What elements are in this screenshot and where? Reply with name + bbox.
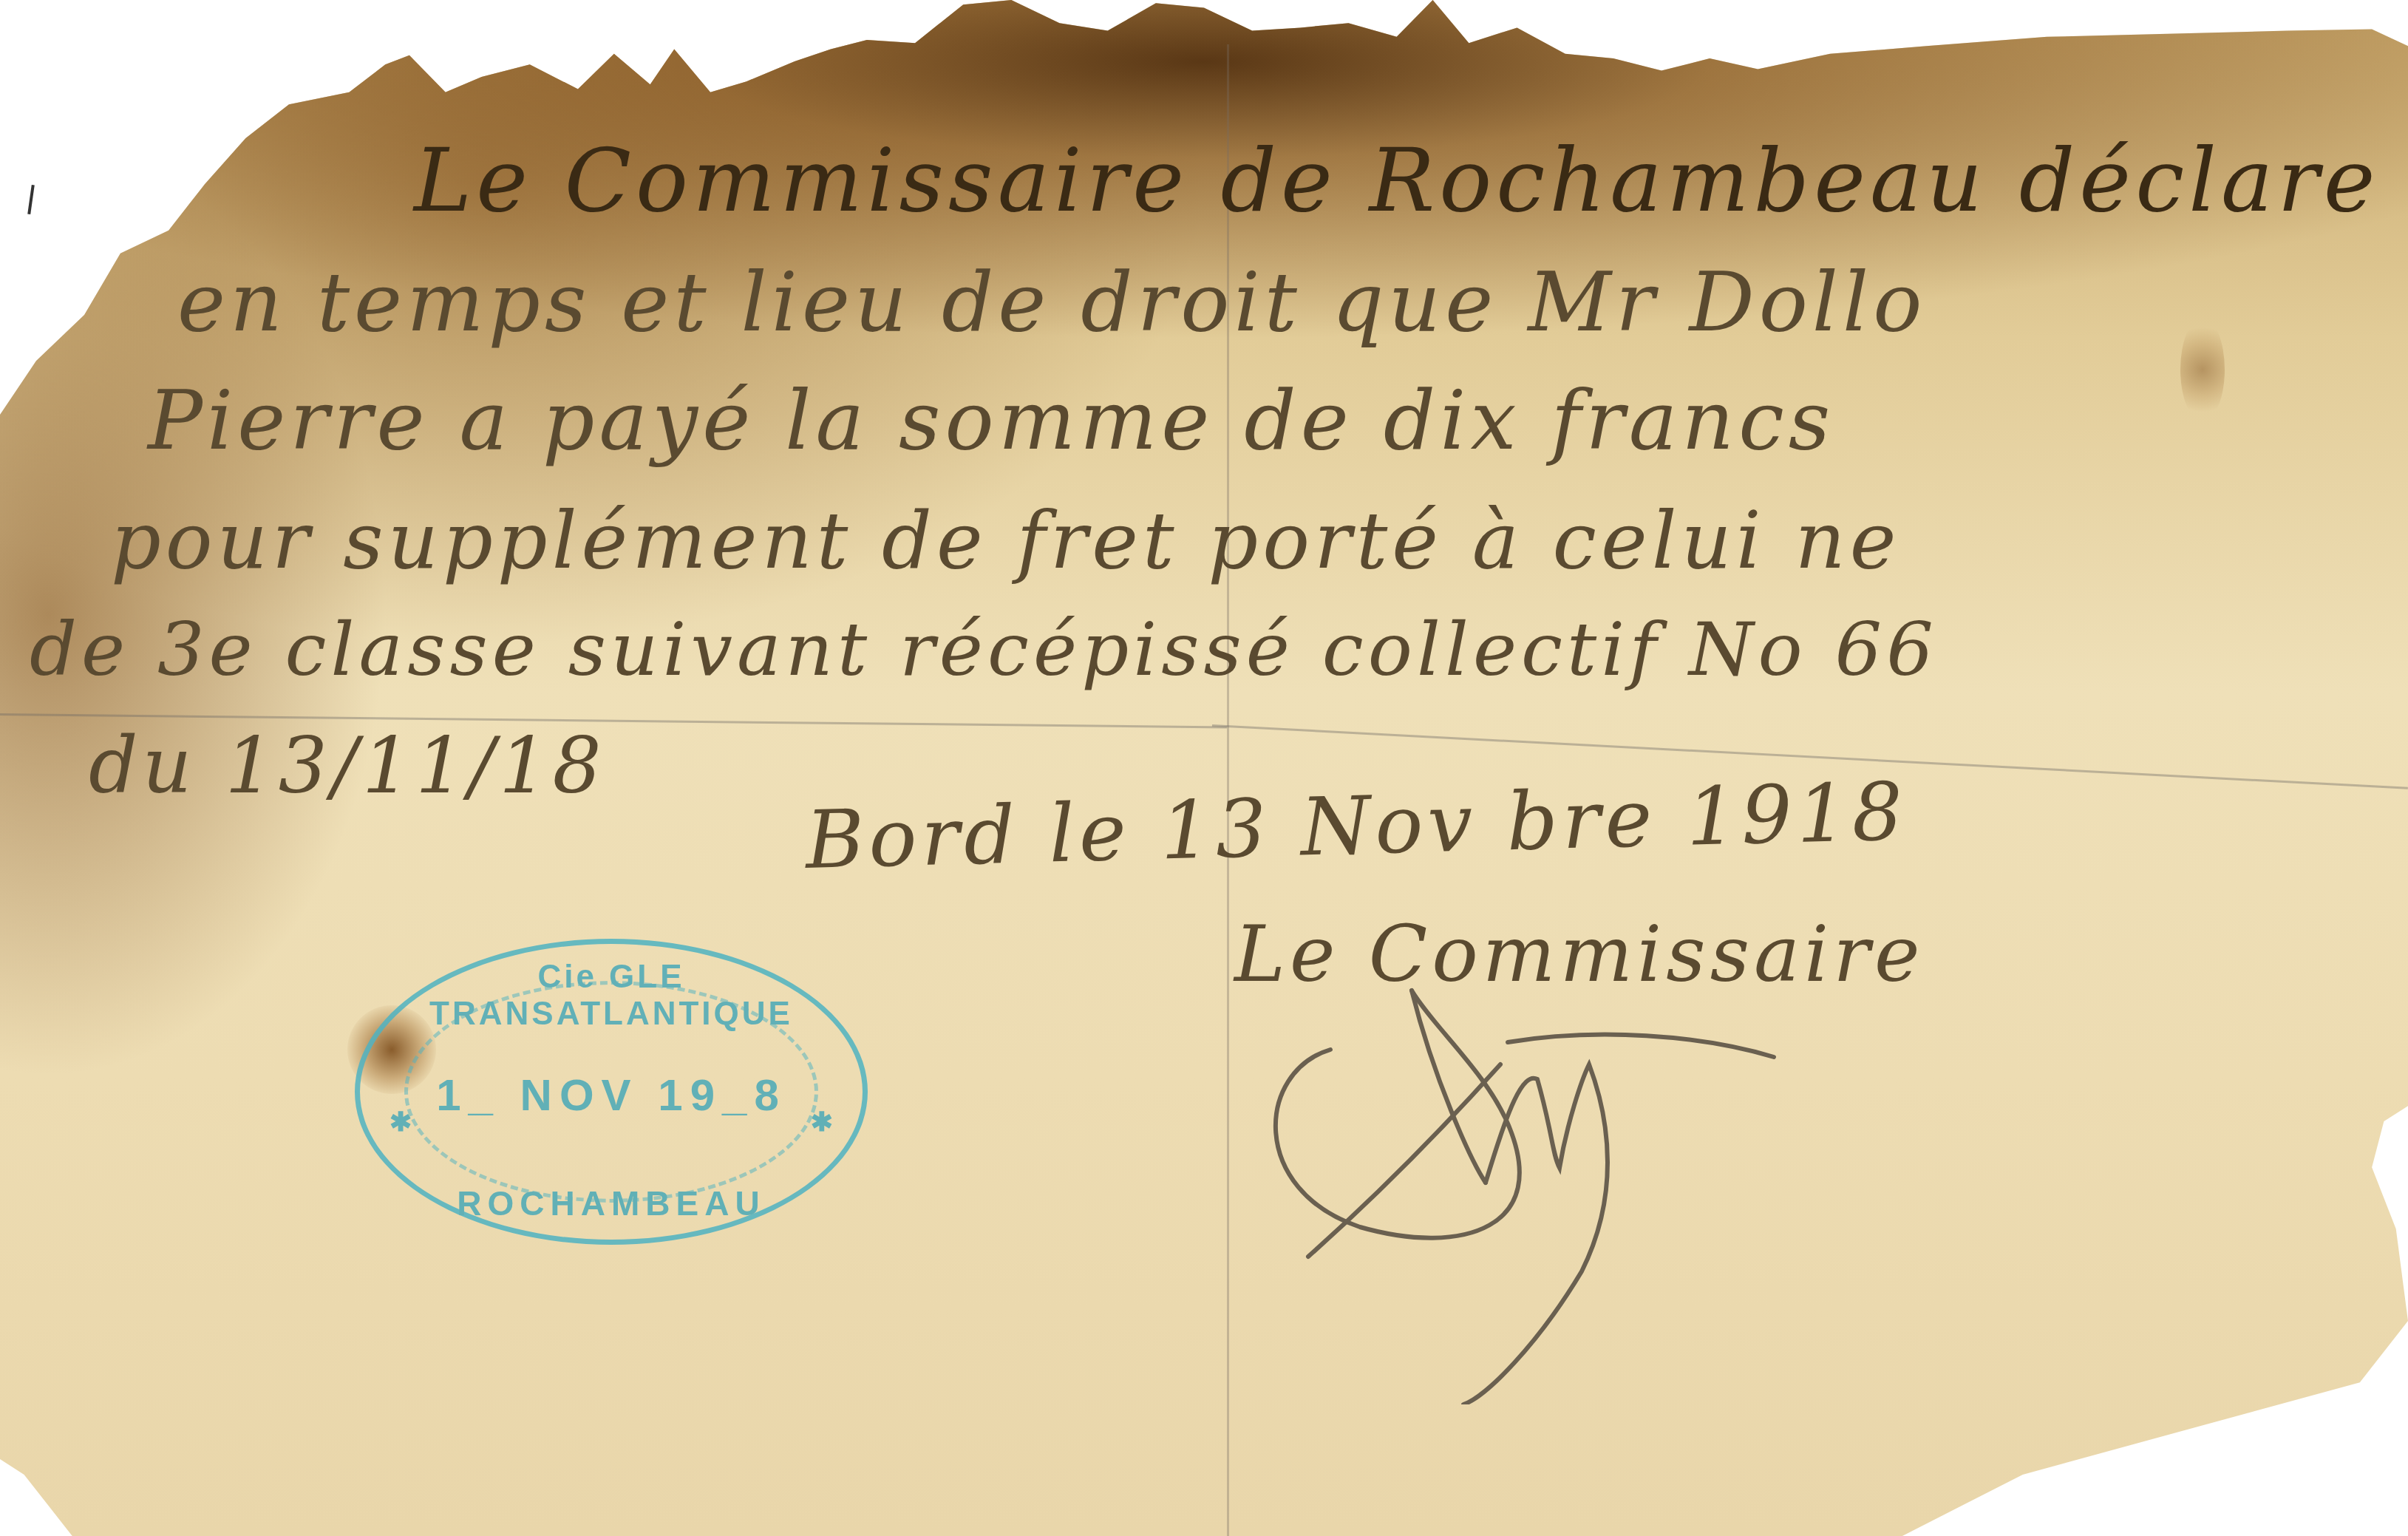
stray-mark: [27, 185, 35, 214]
text-line-3: Pierre a payé la somme de dix francs: [148, 373, 1834, 468]
company-stamp: Cie GLE TRANSATLANTIQUE 1_ NOV 19_8 ✱ ✱ …: [355, 939, 868, 1245]
scanned-document: Le Commissaire de Rochambeau déclare en …: [0, 0, 2408, 1536]
text-line-1: Le Commissaire de Rochambeau déclare: [414, 129, 2380, 231]
text-line-5: de 3e classe suivant récépissé collectif…: [30, 606, 1938, 693]
signature-flourish: [1242, 961, 2055, 1404]
star-icon: ✱: [390, 1107, 412, 1138]
text-line-2: en temps et lieu de droit que Mr Dollo: [177, 255, 1926, 350]
stamp-ship-name: ROCHAMBEAU: [360, 1183, 863, 1223]
stamp-company-text: Cie GLE TRANSATLANTIQUE: [360, 959, 863, 1033]
rust-stain: [2180, 318, 2225, 421]
text-line-6: du 13/11/18: [89, 721, 606, 811]
star-icon: ✱: [811, 1107, 833, 1138]
stamp-date-text: 1_ NOV 19_8: [360, 1070, 863, 1121]
text-line-4: pour supplément de fret porté à celui ne: [111, 495, 1900, 586]
